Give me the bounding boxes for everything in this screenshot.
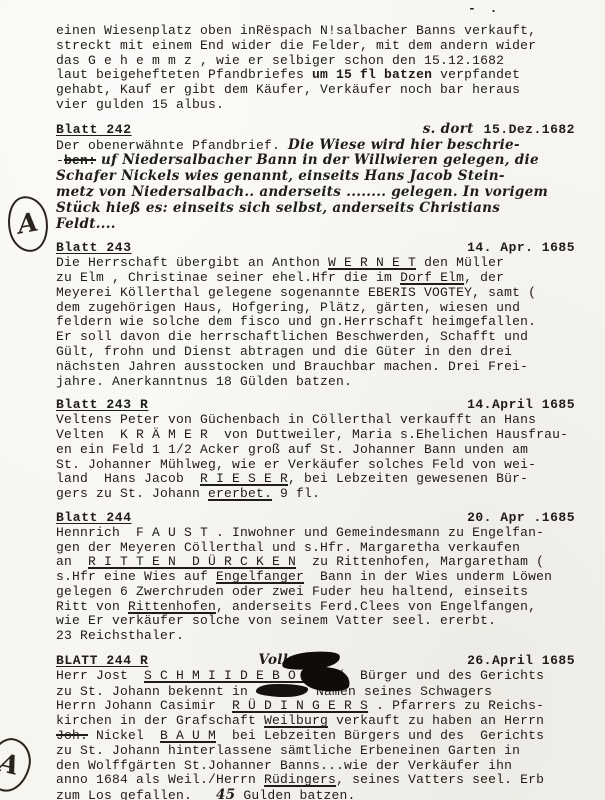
text-segment: Velten K R Ä M E R von Duttweiler, Maria… bbox=[56, 427, 568, 442]
text-segment: zu Elm , Christinae seiner ehel.Hfr die … bbox=[56, 270, 400, 285]
text-line: laut beigehefteten Pfandbriefes um 15 fl… bbox=[56, 68, 575, 83]
text-segment: Ritt von bbox=[56, 599, 128, 614]
text-segment: Rittenhofen bbox=[128, 599, 216, 614]
text-line: das G e h e m m z , wie er selbiger scho… bbox=[56, 54, 575, 69]
text-segment: zu St. Johann hinterlassene sämtliche Er… bbox=[56, 743, 520, 758]
text-line: Velten K R Ä M E R von Duttweiler, Maria… bbox=[56, 428, 575, 443]
text-segment: R Ü D I N G E R S bbox=[232, 698, 368, 713]
text-segment: gen der Meyeren Cöllerthal und s.Hfr. Ma… bbox=[56, 540, 520, 555]
text-segment: ben: bbox=[64, 153, 96, 168]
text-segment: Rüdingers bbox=[264, 772, 336, 787]
entry-handwritten-note: s. dort bbox=[423, 122, 474, 137]
text-line: metz von Niedersalbach.. anderseits ....… bbox=[56, 185, 575, 201]
text-line: Die Herrschaft übergibt an Anthon W E R … bbox=[56, 256, 575, 271]
text-segment: den Müller bbox=[416, 255, 504, 270]
entry-lines: Veltens Peter von Güchenbach in Cöllerth… bbox=[56, 413, 575, 502]
handwritten-segment: Feldt.... bbox=[56, 216, 116, 232]
text-line: Meyerei Köllerthal gelegene sogenannte E… bbox=[56, 286, 575, 301]
text-segment: verkauft zu haben an Herrn bbox=[328, 713, 544, 728]
text-segment: einen Wiesenplatz oben inRëspach N!salba… bbox=[56, 23, 536, 38]
text-line: Er soll davon die herrschaftlichen Besch… bbox=[56, 330, 575, 345]
margin-circled-letter: A bbox=[3, 193, 52, 255]
text-segment: 23 Reichsthaler. bbox=[56, 628, 184, 643]
text-line: Der obenerwähnte Pfandbrief. Die Wiese w… bbox=[56, 138, 575, 154]
text-line: 23 Reichsthaler. bbox=[56, 629, 575, 644]
text-segment: Joh. bbox=[56, 728, 88, 743]
entry-date: 15.Dez.1682 bbox=[484, 123, 575, 138]
text-segment: - bbox=[56, 153, 64, 168]
text-segment: /, Bürger und des Gerichts bbox=[328, 668, 544, 683]
entry-heading: Blatt 242 bbox=[56, 123, 132, 138]
text-segment: B A U M bbox=[160, 728, 216, 743]
text-segment: R I E S E R bbox=[200, 471, 288, 486]
text-segment: , anderseits Ferd.Clees von Engelfangen, bbox=[216, 599, 536, 614]
text-segment: Der obenerwähnte Pfandbrief. bbox=[56, 138, 288, 153]
text-segment: bei Lebzeiten Bürgers und des Gerichts bbox=[216, 728, 544, 743]
entry-heading: Blatt 244 bbox=[56, 511, 132, 526]
entry-date: 14.April 1685 bbox=[467, 398, 575, 413]
text-line: Schafer Nickels wies genannt, einseits H… bbox=[56, 169, 575, 185]
entry-date: 26.April 1685 bbox=[467, 654, 575, 669]
text-segment: Meyerei Köllerthal gelegene sogenannte E… bbox=[56, 285, 536, 300]
text-segment: gelegen 6 Zwerchruden oder zwei Fuder he… bbox=[56, 584, 528, 599]
text-segment: gers zu St. Johann bbox=[56, 486, 208, 501]
text-segment: das G e h e m m z , wie er selbiger scho… bbox=[56, 53, 504, 68]
document-entry: Blatt 242 s. dort 15.Dez.1682 Der obener… bbox=[56, 122, 575, 233]
handwritten-segment: 45 bbox=[216, 787, 235, 800]
text-line: dem zugehörigen Haus, Hofgering, Plätz, … bbox=[56, 301, 575, 316]
text-line: feldern wie solche dem fisco und gn.Herr… bbox=[56, 315, 575, 330]
text-line: kirchen in der Grafschaft Weilburg verka… bbox=[56, 714, 575, 729]
text-segment: . bbox=[347, 788, 355, 800]
entry-date: 20. Apr .1685 bbox=[467, 511, 575, 526]
text-line: gehabt, Kauf er gibt dem Käufer, Verkäuf… bbox=[56, 83, 575, 98]
text-segment: en ein Feld 1 1/2 Acker groß auf St. Joh… bbox=[56, 442, 528, 457]
text-line: nächsten Jahren ausstocken und Brauchbar… bbox=[56, 360, 575, 375]
text-line: zu St. Johann hinterlassene sämtliche Er… bbox=[56, 744, 575, 759]
text-line: vier gulden 15 albus. bbox=[56, 98, 575, 113]
text-line: jahre. Anerkanntnus 18 Gülden batzen. bbox=[56, 375, 575, 390]
text-segment: laut beigehefteten Pfandbriefes bbox=[56, 67, 312, 82]
corner-ink-mark: - . bbox=[468, 2, 500, 17]
text-segment: jahre. Anerkanntnus 18 Gülden batzen. bbox=[56, 374, 352, 389]
text-segment: wie Er verkäufer solche von seinem Vatte… bbox=[56, 613, 496, 628]
text-segment: . Pfarrers zu Reichs- bbox=[368, 698, 544, 713]
text-segment: feldern wie solche dem fisco und gn.Herr… bbox=[56, 314, 536, 329]
text-line: anno 1684 als Weil./Herrn Rüdingers, sei… bbox=[56, 773, 575, 788]
entry-lines: Die Herrschaft übergibt an Anthon W E R … bbox=[56, 256, 575, 389]
entry-header: Blatt 244 20. Apr .1685 bbox=[56, 511, 575, 526]
handwritten-segment: metz von Niedersalbach.. anderseits ....… bbox=[56, 184, 548, 200]
text-segment: land Hans Jacob bbox=[56, 471, 200, 486]
text-line: den Wolffgärten St.Johanner Banns...wie … bbox=[56, 759, 575, 774]
entry-header: Blatt 242 s. dort 15.Dez.1682 bbox=[56, 122, 575, 138]
text-segment: Herrn Johann Casimir bbox=[56, 698, 232, 713]
text-segment: zu Rittenhofen, Margaretham ( bbox=[296, 554, 544, 569]
text-segment: Nickel bbox=[88, 728, 160, 743]
text-line: gers zu St. Johann ererbet. 9 fl. bbox=[56, 487, 575, 502]
margin-circled-letter: A bbox=[0, 734, 36, 797]
text-line: zu Elm , Christinae seiner ehel.Hfr die … bbox=[56, 271, 575, 286]
text-segment: 9 fl. bbox=[272, 486, 320, 501]
entry-lines: einen Wiesenplatz oben inRëspach N!salba… bbox=[56, 24, 575, 113]
text-segment: Herr Jost bbox=[56, 668, 144, 683]
text-segment: Weilburg bbox=[264, 713, 328, 728]
handwritten-segment: Schafer Nickels wies genannt, einseits H… bbox=[56, 168, 505, 184]
handwritten-segment: Stück hieß es: einseits sich selbst, and… bbox=[56, 200, 500, 216]
document-entry: einen Wiesenplatz oben inRëspach N!salba… bbox=[56, 24, 575, 113]
entry-heading: Blatt 243 bbox=[56, 241, 132, 256]
text-segment: den Wolffgärten St.Johanner Banns...wie … bbox=[56, 758, 512, 773]
entry-lines: Der obenerwähnte Pfandbrief. Die Wiese w… bbox=[56, 138, 575, 233]
text-segment: Die Herrschaft übergibt an Anthon bbox=[56, 255, 328, 270]
text-segment: dem zugehörigen Haus, Hofgering, Plätz, … bbox=[56, 300, 520, 315]
text-line: an R I T T E N D Ü R C K E N zu Rittenho… bbox=[56, 555, 575, 570]
text-segment: St. Johanner Mühlweg, wie er Verkäufer s… bbox=[56, 457, 536, 472]
text-segment: Veltens Peter von Güchenbach in Cöllerth… bbox=[56, 412, 536, 427]
text-segment: Hennrich F A U S T . Inwohner und Gemein… bbox=[56, 525, 544, 540]
text-segment: , der bbox=[464, 270, 504, 285]
text-segment: W E R N E T bbox=[328, 255, 416, 270]
entry-lines: Hennrich F A U S T . Inwohner und Gemein… bbox=[56, 526, 575, 644]
text-segment: Er soll davon die herrschaftlichen Besch… bbox=[56, 329, 528, 344]
text-line: St. Johanner Mühlweg, wie er Verkäufer s… bbox=[56, 458, 575, 473]
text-line: gelegen 6 Zwerchruden oder zwei Fuder he… bbox=[56, 585, 575, 600]
text-line: gen der Meyeren Cöllerthal und s.Hfr. Ma… bbox=[56, 541, 575, 556]
text-segment: Gulden bbox=[235, 788, 299, 800]
text-segment: batzen bbox=[299, 788, 347, 800]
text-segment: , seines Vatters seel. Erb bbox=[336, 772, 544, 787]
handwritten-segment: uf Niedersalbacher Bann in der Willwiere… bbox=[96, 152, 539, 168]
text-line: Veltens Peter von Güchenbach in Cöllerth… bbox=[56, 413, 575, 428]
text-line: Feldt.... bbox=[56, 217, 575, 233]
document-entry: Blatt 243 14. Apr. 1685 Die Herrschaft ü… bbox=[56, 241, 575, 389]
text-line: s.Hfr eine Wies auf Engelfanger Bann in … bbox=[56, 570, 575, 585]
text-segment: anno 1684 als Weil./Herrn bbox=[56, 772, 264, 787]
entry-heading: BLATT 244 R bbox=[56, 654, 148, 669]
document-entry: Blatt 243 R 14.April 1685 Veltens Peter … bbox=[56, 398, 575, 502]
text-line: Herrn Johann Casimir R Ü D I N G E R S .… bbox=[56, 699, 575, 714]
ink-blot bbox=[256, 684, 308, 697]
text-segment: verpfandet bbox=[432, 67, 520, 82]
text-line: -ben: uf Niedersalbacher Bann in der Wil… bbox=[56, 153, 575, 169]
text-line: zum Los gefallen. 45 Gulden batzen. bbox=[56, 788, 575, 800]
entry-date: 14. Apr. 1685 bbox=[467, 241, 575, 256]
text-segment: gehabt, Kauf er gibt dem Käufer, Verkäuf… bbox=[56, 82, 520, 97]
text-segment: Bann in der Wies underm Löwen bbox=[304, 569, 552, 584]
text-line: Ritt von Rittenhofen, anderseits Ferd.Cl… bbox=[56, 600, 575, 615]
text-segment: , bei Lebzeiten gewesenen Bür- bbox=[288, 471, 528, 486]
document-page: - . A A einen Wiesenplatz oben inRëspach… bbox=[0, 0, 605, 800]
text-segment: Gült, frohn und Dienst abtragen und die … bbox=[56, 344, 512, 359]
text-segment: nächsten Jahren ausstocken und Brauchbar… bbox=[56, 359, 528, 374]
entry-header: Blatt 243 R 14.April 1685 bbox=[56, 398, 575, 413]
text-segment: ererbet. bbox=[208, 486, 272, 501]
text-line: wie Er verkäufer solche von seinem Vatte… bbox=[56, 614, 575, 629]
text-segment: Engelfanger bbox=[216, 569, 304, 584]
text-line: Hennrich F A U S T . Inwohner und Gemein… bbox=[56, 526, 575, 541]
text-line: Stück hieß es: einseits sich selbst, and… bbox=[56, 201, 575, 217]
text-segment: s.Hfr eine Wies auf bbox=[56, 569, 216, 584]
text-segment: um 15 fl batzen bbox=[312, 67, 432, 82]
handwritten-segment: Die Wiese wird hier beschrie- bbox=[288, 137, 520, 153]
text-segment: R I T T E N D Ü R C K E N bbox=[88, 554, 296, 569]
entry-header: Blatt 243 14. Apr. 1685 bbox=[56, 241, 575, 256]
text-segment: zu St. Johann bekennt in bbox=[56, 684, 256, 699]
text-segment: Dorf Elm bbox=[400, 270, 464, 285]
text-line: einen Wiesenplatz oben inRëspach N!salba… bbox=[56, 24, 575, 39]
text-line: en ein Feld 1 1/2 Acker groß auf St. Joh… bbox=[56, 443, 575, 458]
text-line: land Hans Jacob R I E S E R, bei Lebzeit… bbox=[56, 472, 575, 487]
text-segment: zum Los gefallen. bbox=[56, 788, 216, 800]
entry-heading: Blatt 243 R bbox=[56, 398, 148, 413]
text-segment: streckt mit einem End wider die Felder, … bbox=[56, 38, 536, 53]
text-line: streckt mit einem End wider die Felder, … bbox=[56, 39, 575, 54]
text-line: Joh. Nickel B A U M bei Lebzeiten Bürger… bbox=[56, 729, 575, 744]
text-segment: vier gulden 15 albus. bbox=[56, 97, 224, 112]
text-segment: kirchen in der Grafschaft bbox=[56, 713, 264, 728]
document-entry: Blatt 244 20. Apr .1685 Hennrich F A U S… bbox=[56, 511, 575, 644]
text-segment: an bbox=[56, 554, 88, 569]
text-line: Gült, frohn und Dienst abtragen und die … bbox=[56, 345, 575, 360]
